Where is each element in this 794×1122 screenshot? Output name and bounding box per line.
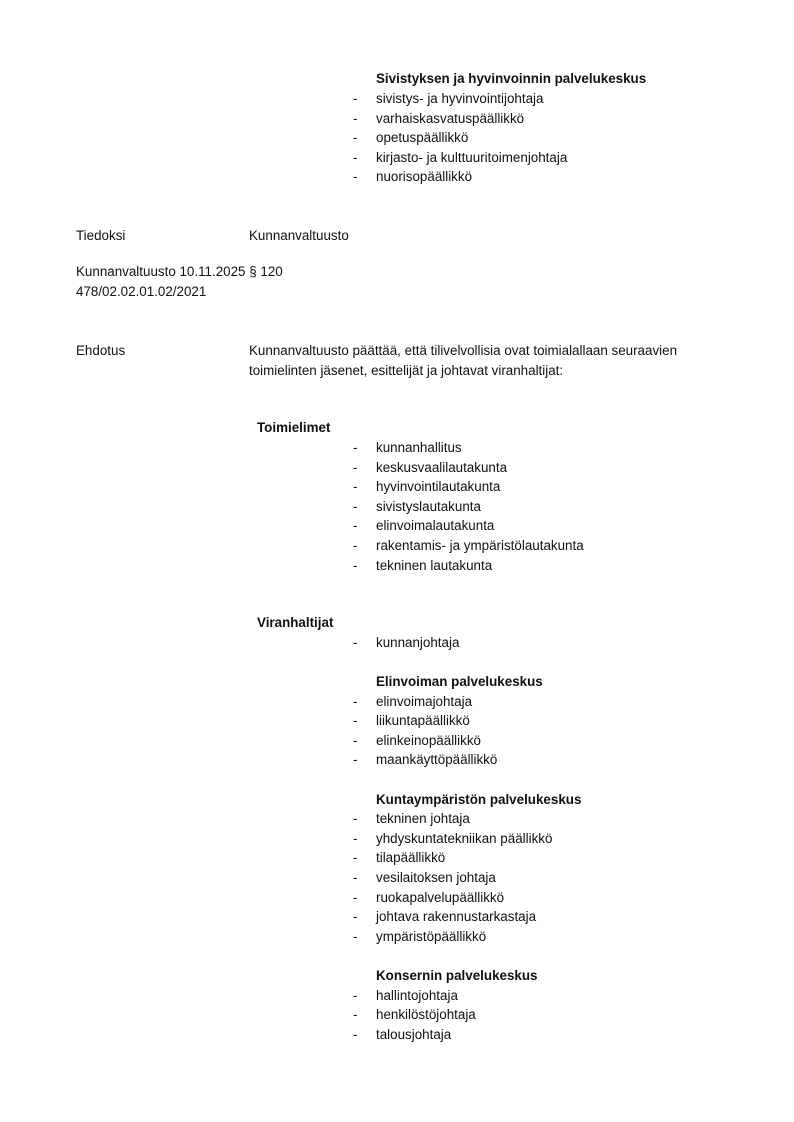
list-item: rakentamis- ja ympäristölautakunta (376, 536, 584, 556)
bullet-dash: - (353, 148, 357, 168)
list-item: tekninen lautakunta (376, 556, 492, 576)
list-item: talousjohtaja (376, 1025, 451, 1045)
list-item: yhdyskuntatekniikan päällikkö (376, 829, 552, 849)
bullet-dash: - (353, 458, 357, 478)
list-item: kunnanhallitus (376, 438, 462, 458)
bullet-dash: - (353, 848, 357, 868)
bullet-dash: - (353, 516, 357, 536)
list-item: sivistys- ja hyvinvointijohtaja (376, 89, 543, 109)
bullet-dash: - (353, 731, 357, 751)
bullet-dash: - (353, 986, 357, 1006)
list-item: nuorisopäällikkö (376, 167, 472, 187)
bullet-dash: - (353, 633, 357, 653)
bullet-dash: - (353, 829, 357, 849)
bullet-dash: - (353, 927, 357, 947)
bullet-dash: - (353, 750, 357, 770)
bullet-dash: - (353, 89, 357, 109)
list-item: kirjasto- ja kulttuuritoimenjohtaja (376, 148, 567, 168)
tiedoksi-value: Kunnanvaltuusto (249, 226, 349, 246)
bullet-dash: - (353, 809, 357, 829)
list-item: hyvinvointilautakunta (376, 477, 500, 497)
bullet-dash: - (353, 536, 357, 556)
ehdotus-label: Ehdotus (76, 341, 125, 361)
list-item: hallintojohtaja (376, 986, 458, 1006)
bullet-dash: - (353, 497, 357, 517)
bullet-dash: - (353, 167, 357, 187)
bullet-dash: - (353, 907, 357, 927)
list-item: ympäristöpäällikkö (376, 927, 486, 947)
list-item: opetuspäällikkö (376, 128, 468, 148)
group-heading: Konsernin palvelukeskus (376, 966, 538, 986)
list-item: johtava rakennustarkastaja (376, 907, 536, 927)
bullet-dash: - (353, 868, 357, 888)
list-item: tekninen johtaja (376, 809, 470, 829)
bullet-dash: - (353, 711, 357, 731)
bullet-dash: - (353, 128, 357, 148)
bullet-dash: - (353, 692, 357, 712)
bullet-dash: - (353, 438, 357, 458)
list-item: elinvoimalautakunta (376, 516, 494, 536)
group-heading: Kuntaympäristön palvelukeskus (376, 790, 581, 810)
list-item: ruokapalvelupäällikkö (376, 888, 504, 908)
list-item: liikuntapäällikkö (376, 711, 470, 731)
list-item: tilapäällikkö (376, 848, 445, 868)
ehdotus-text-line1: Kunnanvaltuusto päättää, että tilivelvol… (249, 341, 677, 361)
bullet-dash: - (353, 1005, 357, 1025)
bullet-dash: - (353, 888, 357, 908)
list-item: vesilaitoksen johtaja (376, 868, 496, 888)
bullet-dash: - (353, 477, 357, 497)
group-heading: Elinvoiman palvelukeskus (376, 672, 543, 692)
list-item: elinkeinopäällikkö (376, 731, 481, 751)
bullet-dash: - (353, 556, 357, 576)
record-id: 478/02.02.01.02/2021 (76, 282, 206, 302)
list-item: sivistyslautakunta (376, 497, 481, 517)
viranhaltijat-heading: Viranhaltijat (257, 613, 333, 633)
bullet-dash: - (353, 1025, 357, 1045)
list-item: elinvoimajohtaja (376, 692, 472, 712)
ehdotus-text-line2: toimielinten jäsenet, esittelijät ja joh… (249, 361, 563, 381)
list-item: varhaiskasvatuspäällikkö (376, 109, 524, 129)
tiedoksi-label: Tiedoksi (76, 226, 125, 246)
list-item: kunnanjohtaja (376, 633, 459, 653)
toimielimet-heading: Toimielimet (257, 418, 330, 438)
list-item: keskusvaalilautakunta (376, 458, 507, 478)
bullet-dash: - (353, 109, 357, 129)
list-item: henkilöstöjohtaja (376, 1005, 476, 1025)
meeting-reference: Kunnanvaltuusto 10.11.2025 § 120 (76, 262, 283, 282)
section-heading: Sivistyksen ja hyvinvoinnin palvelukesku… (376, 69, 646, 89)
list-item: maankäyttöpäällikkö (376, 750, 497, 770)
